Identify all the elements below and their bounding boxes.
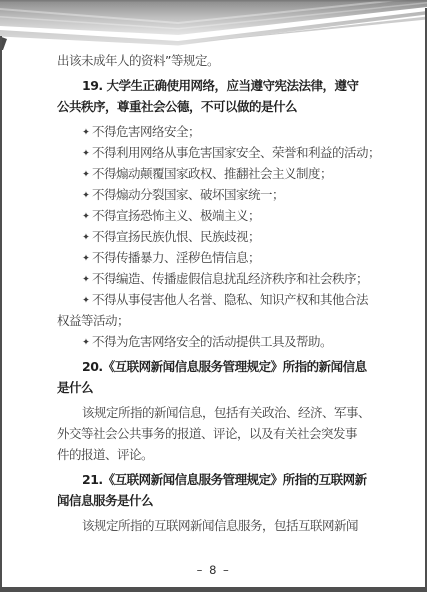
- decorative-header-graphic: [0, 0, 427, 52]
- text-line: 件的报道、评论。: [57, 444, 373, 465]
- bullet-diamond-icon: ✦: [82, 248, 90, 269]
- page-border-bottom: [0, 587, 427, 592]
- bullet-line: ✦不得宣扬恐怖主义、极端主义；: [57, 205, 373, 226]
- page-number: – 8 –: [0, 562, 427, 578]
- bullet-diamond-icon: ✦: [82, 122, 90, 143]
- bullet-line: ✦不得为危害网络安全的活动提供工具及帮助。: [57, 331, 373, 352]
- heading-line: 公共秩序，尊重社会公德，不可以做的是什么: [57, 96, 373, 117]
- heading-line: 19. 大学生正确使用网络，应当遵守宪法法律，遵守: [57, 75, 373, 96]
- bullet-line: ✦不得煽动颠覆国家政权、推翻社会主义制度；: [57, 163, 373, 184]
- heading-line: 21.《互联网新闻信息服务管理规定》所指的互联网新: [57, 469, 373, 490]
- page-border-left: [0, 36, 2, 592]
- text-line: 外交等社会公共事务的报道、评论，以及有关社会突发事: [57, 423, 373, 444]
- paragraph: 该规定所指的互联网新闻信息服务，包括互联网新闻: [57, 515, 373, 536]
- bullet-line: ✦不得宣扬民族仇恨、民族歧视；: [57, 226, 373, 247]
- bullet-diamond-icon: ✦: [82, 185, 90, 206]
- bullet-diamond-icon: ✦: [82, 269, 90, 290]
- bullet-line: ✦不得从事侵害他人名誉、隐私、知识产权和其他合法: [57, 289, 373, 310]
- text-line: 出该未成年人的资料”等规定。: [57, 50, 373, 71]
- text-line: 该规定所指的互联网新闻信息服务，包括互联网新闻: [57, 515, 373, 536]
- question-heading: 19. 大学生正确使用网络，应当遵守宪法法律，遵守公共秩序，尊重社会公德，不可以…: [57, 75, 373, 117]
- bullet-diamond-icon: ✦: [82, 143, 90, 164]
- bullet-line: ✦不得危害网络安全；: [57, 121, 373, 142]
- heading-line: 20.《互联网新闻信息服务管理规定》所指的新闻信息: [57, 356, 373, 377]
- bullet-diamond-icon: ✦: [82, 332, 90, 353]
- bullet-diamond-icon: ✦: [82, 227, 90, 248]
- book-page: 出该未成年人的资料”等规定。19. 大学生正确使用网络，应当遵守宪法法律，遵守公…: [0, 0, 427, 592]
- heading-line: 是什么: [57, 377, 373, 398]
- text-line: 该规定所指的新闻信息，包括有关政治、经济、军事、: [57, 402, 373, 423]
- bullet-line: ✦不得传播暴力、淫秽色情信息；: [57, 247, 373, 268]
- question-heading: 21.《互联网新闻信息服务管理规定》所指的互联网新闻信息服务是什么: [57, 469, 373, 511]
- heading-line: 闻信息服务是什么: [57, 490, 373, 511]
- question-heading: 20.《互联网新闻信息服务管理规定》所指的新闻信息是什么: [57, 356, 373, 398]
- text-line: 权益等活动；: [57, 310, 373, 331]
- paragraph: 出该未成年人的资料”等规定。: [57, 50, 373, 71]
- bullet-diamond-icon: ✦: [82, 290, 90, 311]
- bullet-line: ✦不得编造、传播虚假信息扰乱经济秩序和社会秩序；: [57, 268, 373, 289]
- bullet-line: ✦不得煽动分裂国家、破坏国家统一；: [57, 184, 373, 205]
- bullet-diamond-icon: ✦: [82, 206, 90, 227]
- paragraph: 该规定所指的新闻信息，包括有关政治、经济、军事、外交等社会公共事务的报道、评论，…: [57, 402, 373, 465]
- paragraph: ✦不得危害网络安全；✦不得利用网络从事危害国家安全、荣誉和利益的活动；✦不得煽动…: [57, 121, 373, 352]
- bullet-diamond-icon: ✦: [82, 164, 90, 185]
- page-text: 出该未成年人的资料”等规定。19. 大学生正确使用网络，应当遵守宪法法律，遵守公…: [57, 50, 373, 536]
- bullet-line: ✦不得利用网络从事危害国家安全、荣誉和利益的活动；: [57, 142, 373, 163]
